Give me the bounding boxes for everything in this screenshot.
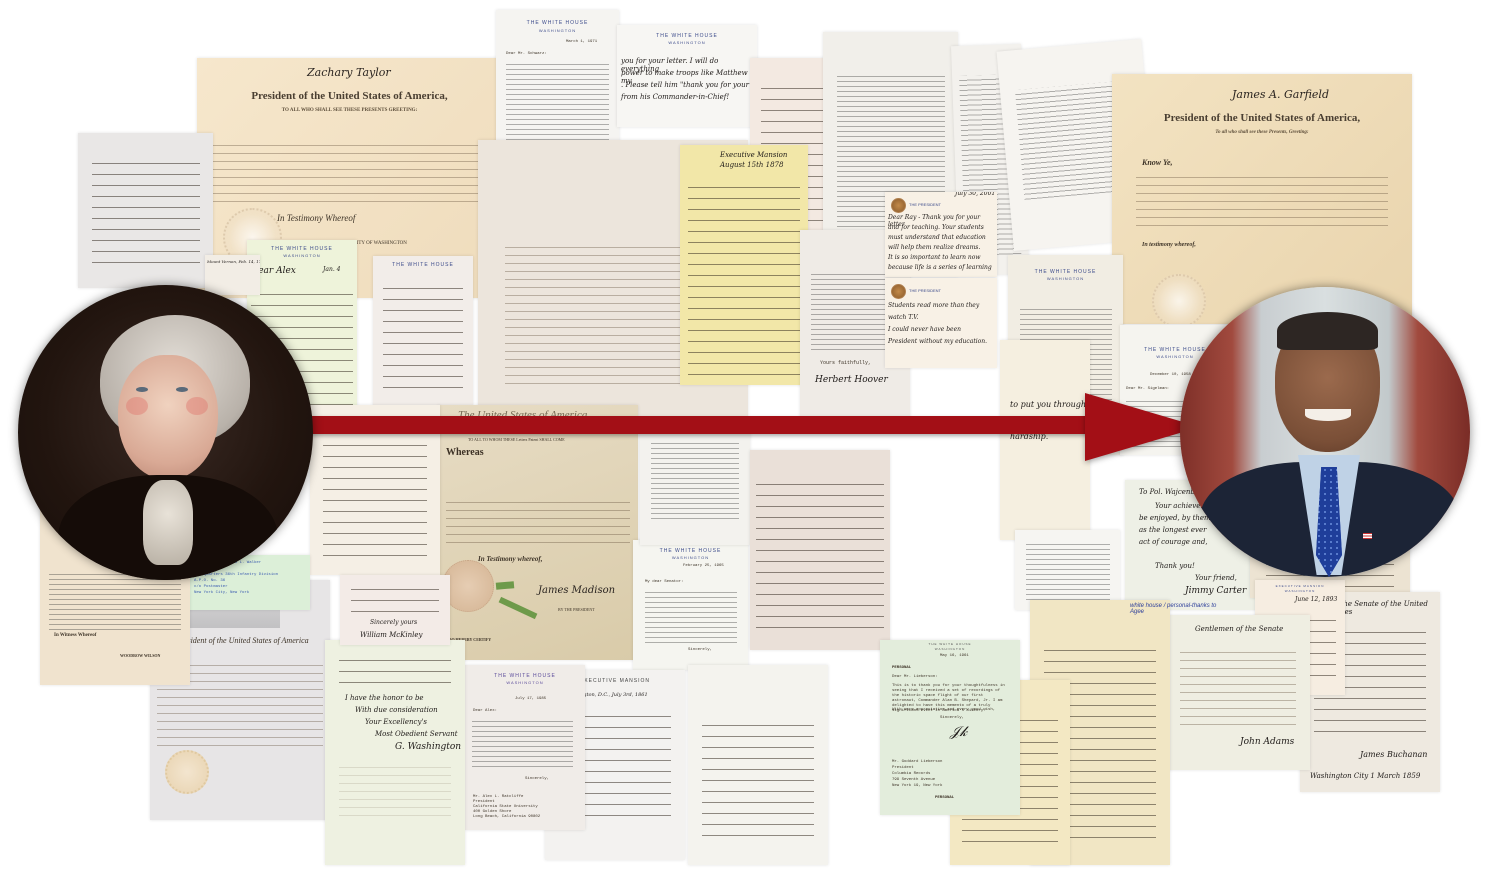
addressee-2: President [473,800,495,804]
patent-testimony: In Testimony whereof, [478,555,543,563]
bush-note-line-4: will help them realize dreams. [888,244,980,251]
letterhead-place: WASHINGTON [1008,276,1123,281]
garfield-commission-document: James A. Garfield President of the Unite… [1112,74,1412,324]
letter-text-lines [339,650,451,690]
letterhead: THE WHITE HOUSE [373,262,473,268]
carter-signature: Jimmy Carter [1185,586,1246,596]
letterhead-place: WASHINGTON [465,680,585,685]
bush-note2-line-3: I could never have been [888,326,961,333]
letter-text-lines [1026,540,1110,600]
bush-note-line-5: It is so important to learn now [888,254,981,261]
washington-portrait [18,285,313,580]
portrait-hair [1277,312,1378,350]
brown-handwritten-letter [750,450,890,650]
green-ribbon [499,597,538,619]
letter-text-lines [472,717,573,767]
letter-text-lines-faded [339,760,451,820]
adams-signature: John Adams [1240,737,1294,747]
portrait-cheek [186,397,208,415]
letter-salutation: Dear Mr. Lieberson: [892,675,938,679]
senator-typed-letter [640,425,750,545]
letterhead-place: WASHINGTON [880,647,1020,651]
letterhead: EXECUTIVE MANSION [1255,584,1345,588]
hayes-place: Executive Mansion [720,151,787,159]
addressee-5: c/o Postmaster [194,585,228,589]
letter-closing: Sincerely, [688,648,712,652]
handwritten-letter-bottom-center [688,665,828,865]
bush-handwritten-note: THE PRESIDENT July 30, 2001 Dear Ray - T… [885,192,997,277]
portrait-eye [136,387,148,392]
obama-handwritten-note: THE WHITE HOUSE WASHINGTON you for your … [617,25,757,127]
bush-handwritten-note-2: THE PRESIDENT Students read more than th… [885,278,997,368]
commission-text-lines [212,138,487,208]
timeline-arrow-shaft [310,416,1090,434]
patent-text-lines [446,495,630,545]
garfield-commission-title: President of the United States of Americ… [1112,112,1412,124]
taylor-commission-subtitle: TO ALL WHO SHALL SEE THESE PRESENTS GREE… [197,108,502,113]
letter-text-lines [688,177,801,377]
garfield-testimony: In testimony whereof, [1142,242,1196,248]
bush-note2-line-2: watch T.V. [888,314,918,321]
letter-date: July 17, 1985 [515,697,546,701]
typed-letter-right-mid [1015,530,1120,610]
washington-letter: I have the honor to be With due consider… [325,640,465,865]
buchanan-signature: James Buchanan [1360,750,1427,759]
seal-icon [1152,274,1206,324]
bush-letterhead-2: THE PRESIDENT [909,288,941,293]
portrait-cheek [126,397,148,415]
portrait-eye [176,387,188,392]
alex-date: Jan. 4 [323,266,340,273]
letterhead-place: WASHINGTON [247,253,357,258]
letter-date: December 10, 1958 [1150,373,1191,377]
letter-marking: PERSONAL [892,666,911,670]
letter-date: March 1, 1971 [566,40,597,44]
buchanan-opening: To the Senate of the United States [1330,600,1440,616]
hoover-signature: Herbert Hoover [815,375,888,385]
madison-signature: James Madison [538,585,615,596]
letterhead-place: WASHINGTON [617,40,757,45]
letter-date: May 16, 1961 [940,654,969,658]
patent-whereas: Whereas [446,447,484,458]
presidential-seal-icon [891,284,906,299]
letterhead-place: WASHINGTON [633,555,748,560]
lbj-letter: THE WHITE HOUSE WASHINGTON February 25, … [633,540,748,670]
hoover-closing: Yours faithfully, [820,360,871,366]
commission-text-lines [1136,170,1388,230]
portrait-cravat [143,480,193,565]
carter-line-5: act of courage and, [1139,538,1208,546]
bush-note-line-6: because life is a series of learning [888,264,992,271]
adams-opening: Gentlemen of the Senate [1195,625,1283,633]
carter-annotation: white house / personal-thanks to Agee [1130,603,1230,615]
letterhead: THE WHITE HOUSE [247,246,357,252]
obama-note-line-3: . Please tell him "thank you for your [621,81,749,89]
letter-closing: Sincerely, [940,716,964,720]
garfield-signature: James A. Garfield [1232,88,1329,101]
wilson-signatory: WOODROW WILSON [120,653,160,658]
letter-marking-bottom: PERSONAL [935,796,954,800]
cleveland-date: June 12, 1893 [1295,596,1337,603]
grant-note-line-1: to put you through [1010,400,1086,409]
letters-patent-document: The United States of America TO ALL TO W… [438,405,638,660]
letterhead: THE WHITE HOUSE [1008,269,1123,275]
addressee-1: Mr. Alex L. Ratcliffe [473,795,523,799]
letterhead-place: WASHINGTON [1255,589,1345,593]
gray-handwritten-letter [78,133,213,288]
letterhead: THE WHITE HOUSE [465,673,585,679]
wilson-heading: In Witness Whereof [54,633,96,638]
obama-portrait [1180,287,1470,577]
reagan-letter: THE WHITE HOUSE WASHINGTON July 17, 1985… [465,665,585,830]
garfield-know-ye: Know Ye, [1142,158,1173,167]
portrait-face [118,355,218,480]
bush-note2-line-4: President without my education. [888,338,987,345]
patent-by-president: BY THE PRESIDENT [558,607,595,612]
letterhead-place: WASHINGTON [496,28,619,33]
washington-letter-date: Mount Vernon, Feb. 14, 1785 [207,259,260,264]
seal-icon [165,750,209,794]
letterhead: THE WHITE HOUSE [633,548,748,554]
washington-closing-3: Your Excellency's [365,718,427,726]
taylor-commission-title: President of the United States of Americ… [197,90,502,102]
addressee-6: New York City, New York [194,591,249,595]
letterhead: THE WHITE HOUSE [496,20,619,26]
washington-closing-1: I have the honor to be [345,694,424,702]
taylor-signature: Zachary Taylor [307,66,391,79]
letter-text-lines [351,579,439,619]
letter-text-lines [383,278,463,398]
presidential-seal-icon [891,198,906,213]
white-house-handwritten-letter: THE WHITE HOUSE [373,256,473,406]
letter-text-lines [651,439,739,519]
bush-note-line-2: and for teaching. Your students [888,224,984,231]
addressee-1: Mr. Goddard Lieberson [892,760,942,764]
addressee-5: New York 19, New York [892,784,942,788]
patent-subheader: TO ALL TO WHOM THESE Letters Patent SHAL… [468,437,565,442]
mckinley-note: Sincerely yours William McKinley [340,575,450,645]
grant-handwritten-note: to put you through anything like this ha… [1000,340,1090,540]
obama-note-line-4: from his Commander-in-Chief! [621,93,729,101]
letter-salutation: Dear Alex: [473,709,497,713]
hayes-yellow-letter: Executive Mansion August 15th 1878 [680,145,808,385]
bush-note2-line-1: Students read more than they [888,302,979,309]
hayes-date: August 15th 1878 [720,161,783,169]
bush-note-line-3: must understand that education [888,234,986,241]
carter-line-4: as the longest ever [1139,526,1206,534]
mckinley-signature: William McKinley [360,631,422,639]
taylor-testimony: In Testimony Whereof [277,213,355,223]
washington-signature: G. Washington [395,742,461,752]
addressee-5: Long Beach, California 90802 [473,815,540,819]
letter-salutation: My dear Senator: [645,580,683,584]
letter-salutation: Dear Mr. Schwarz: [506,52,547,56]
letter-closing: Sincerely, [525,777,549,781]
letter-date: February 25, 1965 [683,564,724,568]
letterhead: THE WHITE HOUSE [617,33,757,39]
letterhead: THE WHITE HOUSE [880,642,1020,646]
addressee-3: Columbia Records [892,772,930,776]
carter-line-6: Thank you! [1155,562,1195,570]
letter-salutation: Dear Mr. Sigelman: [1126,387,1169,391]
bush-letterhead: THE PRESIDENT [909,202,941,207]
letter-text-lines [756,474,885,634]
bush-date: July 30, 2001 [955,192,995,197]
addressee-4: 799 Seventh Avenue [892,778,935,782]
letter-text-lines [323,435,427,565]
portrait-smile [1305,409,1351,421]
addressee-2: President [892,766,914,770]
document-text-lines [1180,645,1296,725]
green-ribbon [496,581,515,590]
letter-text-lines [92,153,200,273]
addressee-3: California State University [473,805,538,809]
handwritten-letter-left-bottom: Mount Vernon, Feb. 14, 1785 [205,255,260,295]
flag-pin-icon [1363,533,1372,539]
letter-closing-line: With warm appreciation and every good wi… [892,708,995,712]
washington-closing-2: With due consideration [355,706,438,714]
washington-closing-4: Most Obedient Servant [375,730,458,738]
addressee-4: 400 Golden Shore [473,810,511,814]
letter-text-lines [702,715,814,845]
adams-document: Gentlemen of the Senate John Adams [1165,615,1310,770]
buchanan-place-date: Washington City 1 March 1859 [1310,772,1420,780]
kennedy-letter: THE WHITE HOUSE WASHINGTON May 16, 1961 … [880,640,1020,815]
mckinley-closing: Sincerely yours [370,619,417,626]
kennedy-signature: 𝒥𝓀 [950,724,967,740]
letter-text-lines [645,588,737,643]
garfield-commission-subtitle: To all who shall see these Presents, Gre… [1112,130,1412,135]
